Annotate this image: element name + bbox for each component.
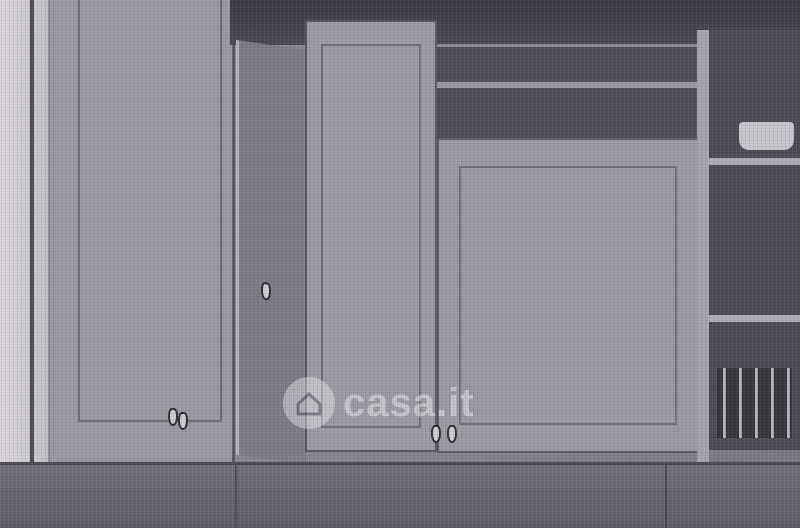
cups: [739, 122, 794, 150]
upper-shelf-space: [437, 44, 699, 140]
door-panel: [78, 0, 222, 422]
shelf-board: [437, 82, 699, 88]
counter-seam: [665, 465, 667, 528]
house-icon: [283, 377, 335, 429]
left-cabinet-door: [50, 0, 235, 465]
wall-edge: [30, 0, 34, 470]
open-shelving: [709, 30, 800, 450]
door-panel: [321, 44, 421, 428]
door-panel: [459, 166, 677, 425]
shelf-board: [709, 158, 800, 165]
watermark-text: casa.it: [343, 383, 475, 423]
photo-scene: casa.it: [0, 0, 800, 528]
countertop: [0, 462, 800, 528]
wall: [0, 0, 48, 470]
main-cabinet-door: [437, 138, 699, 453]
jars: [717, 368, 792, 438]
watermark: casa.it: [283, 377, 475, 429]
shelf-board: [709, 315, 800, 322]
cabinet-handle: [168, 408, 178, 426]
cabinet-handle: [178, 412, 188, 430]
cabinet-post: [697, 30, 709, 470]
counter-seam: [235, 465, 237, 528]
cabinet-handle: [261, 282, 271, 301]
